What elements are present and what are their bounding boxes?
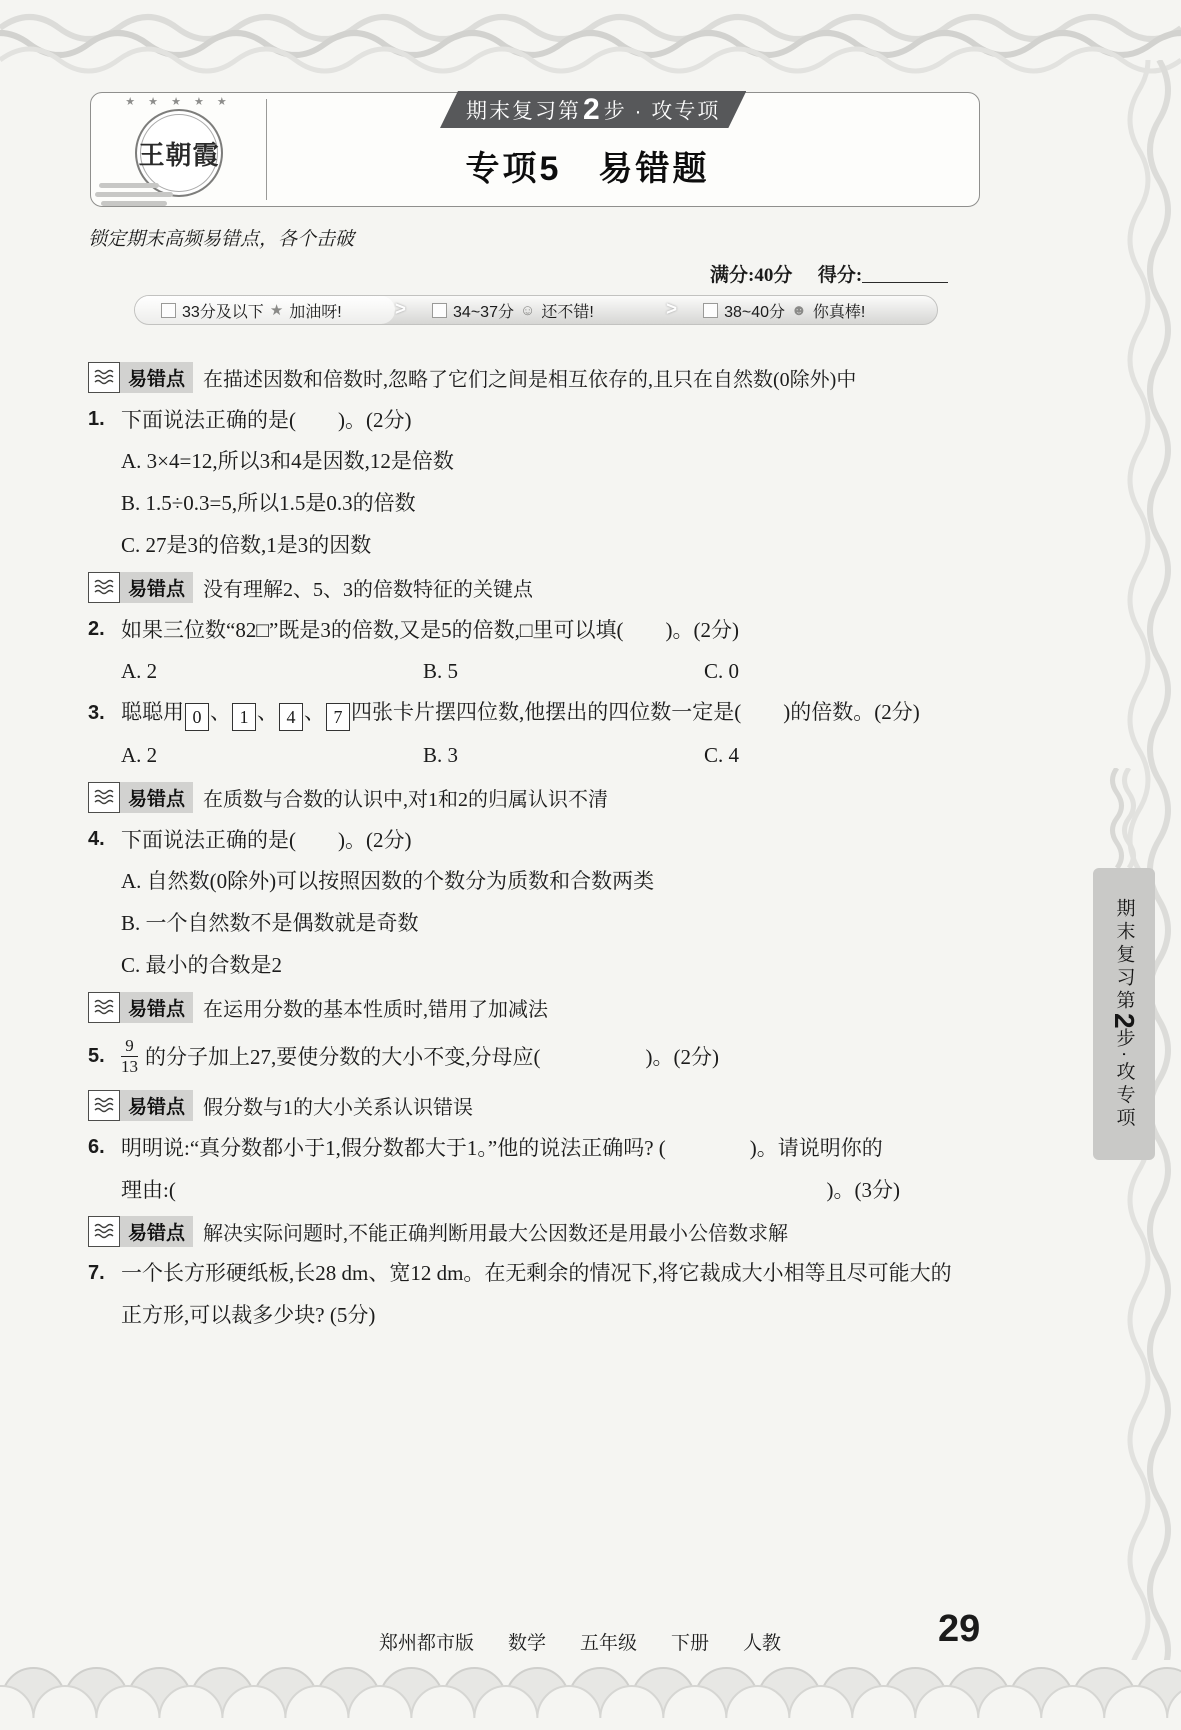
option: A. 2	[121, 650, 423, 692]
step-banner-number: 2	[583, 93, 602, 127]
step-banner-post: 步 · 攻专项	[604, 95, 721, 125]
fraction-numerator: 9	[121, 1036, 138, 1057]
cheer-icon: ★	[270, 301, 283, 319]
error-point-label: 易错点	[120, 1090, 193, 1121]
question-text: 下面说法正确的是( )。(2分)	[121, 824, 411, 854]
option: C. 0	[704, 650, 739, 692]
question-text: 如果三位数“82□”既是3的倍数,又是5的倍数,□里可以填( )。(2分)	[121, 614, 739, 644]
score-line: 满分:40分 得分:	[710, 260, 948, 287]
option-row: B. 一个自然数不是偶数就是奇数	[88, 902, 966, 944]
option-row: A. 自然数(0除外)可以按照因数的个数分为质数和合数两类	[88, 860, 966, 902]
digit-card: 7	[326, 703, 350, 731]
error-point-text: 在运用分数的基本性质时,错用了加减法	[203, 993, 548, 1022]
wave-icon	[88, 362, 120, 393]
option-row: A. 2 B. 3 C. 4	[88, 734, 966, 776]
footer-publisher: 人教	[743, 1628, 781, 1655]
question-number: 6.	[88, 1136, 121, 1159]
page-number: 29	[938, 1608, 980, 1651]
score-range: 33分及以下	[182, 299, 264, 322]
option-row: A. 2 B. 5 C. 0	[88, 650, 966, 692]
footer-subject: 数学	[508, 1628, 546, 1655]
fraction-denominator: 13	[121, 1057, 138, 1077]
logo-wave-icon	[99, 183, 159, 188]
side-tab-number: 2	[1108, 1013, 1140, 1029]
score-band-segment: 34~37分 ☺ 还不错!	[406, 296, 666, 324]
praise-text: 加油呀!	[289, 299, 341, 322]
worksheet-body: 易错点 在描述因数和倍数时,忽略了它们之间是相互依存的,且只在自然数(0除外)中…	[88, 356, 966, 1336]
logo-wave-icon	[95, 192, 173, 197]
side-tab-pre: 期末复习第	[1111, 898, 1138, 1013]
points-label: )。(3分)	[827, 1174, 900, 1204]
bottom-scallop-border	[0, 1642, 1181, 1730]
error-point-row: 易错点 在运用分数的基本性质时,错用了加减法	[88, 986, 966, 1028]
footer-volume: 下册	[671, 1628, 709, 1655]
wave-icon	[88, 572, 120, 603]
error-point-row: 易错点 解决实际问题时,不能正确判断用最大公因数还是用最小公倍数求解	[88, 1210, 966, 1252]
question-text: 一个长方形硬纸板,长28 dm、宽12 dm。在无剩余的情况下,将它裁成大小相等…	[121, 1252, 966, 1336]
question-number: 1.	[88, 408, 121, 431]
question-row: 4. 下面说法正确的是( )。(2分)	[88, 818, 966, 860]
option: B. 3	[423, 734, 704, 776]
question-text: 的分子加上27,要使分数的大小不变,分母应( )。(2分)	[145, 1041, 719, 1071]
logo-wave-icon	[101, 201, 167, 206]
slogan: 锁定期末高频易错点，各个击破	[88, 224, 354, 251]
question-row: 3. 聪聪用0、1、4、7四张卡片摆四位数,他摆出的四位数一定是( )的倍数。(…	[88, 692, 966, 734]
checkbox	[703, 303, 718, 318]
error-point-badge: 易错点	[88, 782, 193, 813]
fraction: 9 13	[121, 1036, 138, 1076]
score-band-segment: 38~40分 ☻ 你真棒!	[677, 296, 937, 324]
side-tab-waves-icon	[1103, 768, 1143, 868]
score-band: 33分及以下 ★ 加油呀! > 34~37分 ☺ 还不错! > 38~40分 ☻…	[134, 295, 938, 325]
error-point-text: 假分数与1的大小关系认识错误	[203, 1091, 473, 1120]
error-point-row: 易错点 假分数与1的大小关系认识错误	[88, 1084, 966, 1126]
full-score-label: 满分:40分	[710, 265, 792, 286]
score-blank	[862, 264, 948, 283]
step-banner: 期末复习第2步 · 攻专项	[440, 91, 746, 128]
question-text: 明明说:“真分数都小于1,假分数都大于1。”他的说法正确吗? ( )。请说明你的	[121, 1132, 883, 1162]
reason-label: 理由:(	[121, 1174, 176, 1204]
option: B. 5	[423, 650, 704, 692]
checkbox	[161, 303, 176, 318]
logo-stars-icon: ★ ★ ★ ★ ★	[91, 95, 266, 108]
question-text: 聪聪用0、1、4、7四张卡片摆四位数,他摆出的四位数一定是( )的倍数。(2分)	[121, 696, 920, 731]
question-number: 7.	[88, 1252, 121, 1294]
score-label: 得分:	[818, 265, 862, 286]
option-row: A. 3×4=12,所以3和4是因数,12是倍数	[88, 440, 966, 482]
wave-icon	[88, 1216, 120, 1247]
error-point-row: 易错点 在描述因数和倍数时,忽略了它们之间是相互依存的,且只在自然数(0除外)中	[88, 356, 966, 398]
question-row: 5. 9 13 的分子加上27,要使分数的大小不变,分母应( )。(2分)	[88, 1028, 966, 1084]
digit-card: 4	[279, 703, 303, 731]
brand-logo: ★ ★ ★ ★ ★ 王朝霞	[91, 93, 266, 206]
error-point-label: 易错点	[120, 992, 193, 1023]
question-text-suffix: 四张卡片摆四位数,他摆出的四位数一定是( )的倍数。(2分)	[351, 700, 920, 724]
digit-card: 1	[232, 703, 256, 731]
footer-edition: 郑州都市版	[379, 1628, 474, 1655]
question-number: 5.	[88, 1045, 121, 1068]
wave-icon	[88, 782, 120, 813]
footer-grade: 五年级	[580, 1628, 637, 1655]
error-point-badge: 易错点	[88, 362, 193, 393]
error-point-badge: 易错点	[88, 1090, 193, 1121]
header-box: ★ ★ ★ ★ ★ 王朝霞 期末复习第2步 · 攻专项 专项5 易错题	[90, 92, 980, 207]
error-point-badge: 易错点	[88, 572, 193, 603]
wave-icon	[88, 1090, 120, 1121]
error-point-row: 易错点 没有理解2、5、3的倍数特征的关键点	[88, 566, 966, 608]
option-row: B. 1.5÷0.3=5,所以1.5是0.3的倍数	[88, 482, 966, 524]
question-row: 1. 下面说法正确的是( )。(2分)	[88, 398, 966, 440]
question-number: 3.	[88, 702, 121, 725]
error-point-text: 在质数与合数的认识中,对1和2的归属认识不清	[203, 783, 608, 812]
logo-name: 王朝霞	[138, 135, 219, 172]
chevron-separator-icon: >	[395, 299, 406, 321]
error-point-label: 易错点	[120, 572, 193, 603]
question-row: 7. 一个长方形硬纸板,长28 dm、宽12 dm。在无剩余的情况下,将它裁成大…	[88, 1252, 966, 1336]
digit-card: 0	[185, 703, 209, 731]
error-point-badge: 易错点	[88, 1216, 193, 1247]
side-tab-post: 步·攻专项	[1111, 1028, 1138, 1130]
card-separator: 、	[304, 700, 325, 724]
option: A. 2	[121, 734, 423, 776]
option-row: C. 最小的合数是2	[88, 944, 966, 986]
error-point-text: 没有理解2、5、3的倍数特征的关键点	[203, 573, 533, 602]
score-range: 34~37分	[453, 299, 514, 322]
praise-text: 你真棒!	[813, 299, 865, 322]
chevron-separator-icon: >	[666, 299, 677, 321]
praise-text: 还不错!	[541, 299, 593, 322]
wave-icon	[88, 992, 120, 1023]
top-wave-border	[0, 12, 1181, 82]
question-number: 2.	[88, 618, 121, 641]
error-point-text: 在描述因数和倍数时,忽略了它们之间是相互依存的,且只在自然数(0除外)中	[203, 363, 856, 392]
answer-blank-row: 理由:( )。(3分)	[88, 1168, 966, 1210]
error-point-row: 易错点 在质数与合数的认识中,对1和2的归属认识不清	[88, 776, 966, 818]
error-point-label: 易错点	[120, 1216, 193, 1247]
cheer-icon: ☻	[791, 302, 807, 319]
question-row: 6. 明明说:“真分数都小于1,假分数都大于1。”他的说法正确吗? ( )。请说…	[88, 1126, 966, 1168]
error-point-label: 易错点	[120, 362, 193, 393]
option: C. 4	[704, 734, 739, 776]
error-point-label: 易错点	[120, 782, 193, 813]
question-number: 4.	[88, 828, 121, 851]
question-text-prefix: 聪聪用	[121, 700, 184, 724]
option-row: C. 27是3的倍数,1是3的因数	[88, 524, 966, 566]
checkbox	[432, 303, 447, 318]
card-separator: 、	[210, 700, 231, 724]
score-band-segment: 33分及以下 ★ 加油呀!	[135, 296, 395, 324]
side-tab-text: 期末复习第2步·攻专项	[1108, 898, 1140, 1131]
cheer-icon: ☺	[520, 302, 535, 319]
side-tab: 期末复习第2步·攻专项	[1093, 868, 1155, 1160]
footer: 郑州都市版 数学 五年级 下册 人教	[330, 1628, 830, 1655]
card-separator: 、	[257, 700, 278, 724]
error-point-badge: 易错点	[88, 992, 193, 1023]
step-banner-pre: 期末复习第	[466, 95, 581, 125]
page-title: 专项5 易错题	[266, 141, 979, 190]
error-point-text: 解决实际问题时,不能正确判断用最大公因数还是用最小公倍数求解	[203, 1217, 788, 1246]
question-row: 2. 如果三位数“82□”既是3的倍数,又是5的倍数,□里可以填( )。(2分)	[88, 608, 966, 650]
question-text: 下面说法正确的是( )。(2分)	[121, 404, 411, 434]
score-range: 38~40分	[724, 299, 785, 322]
